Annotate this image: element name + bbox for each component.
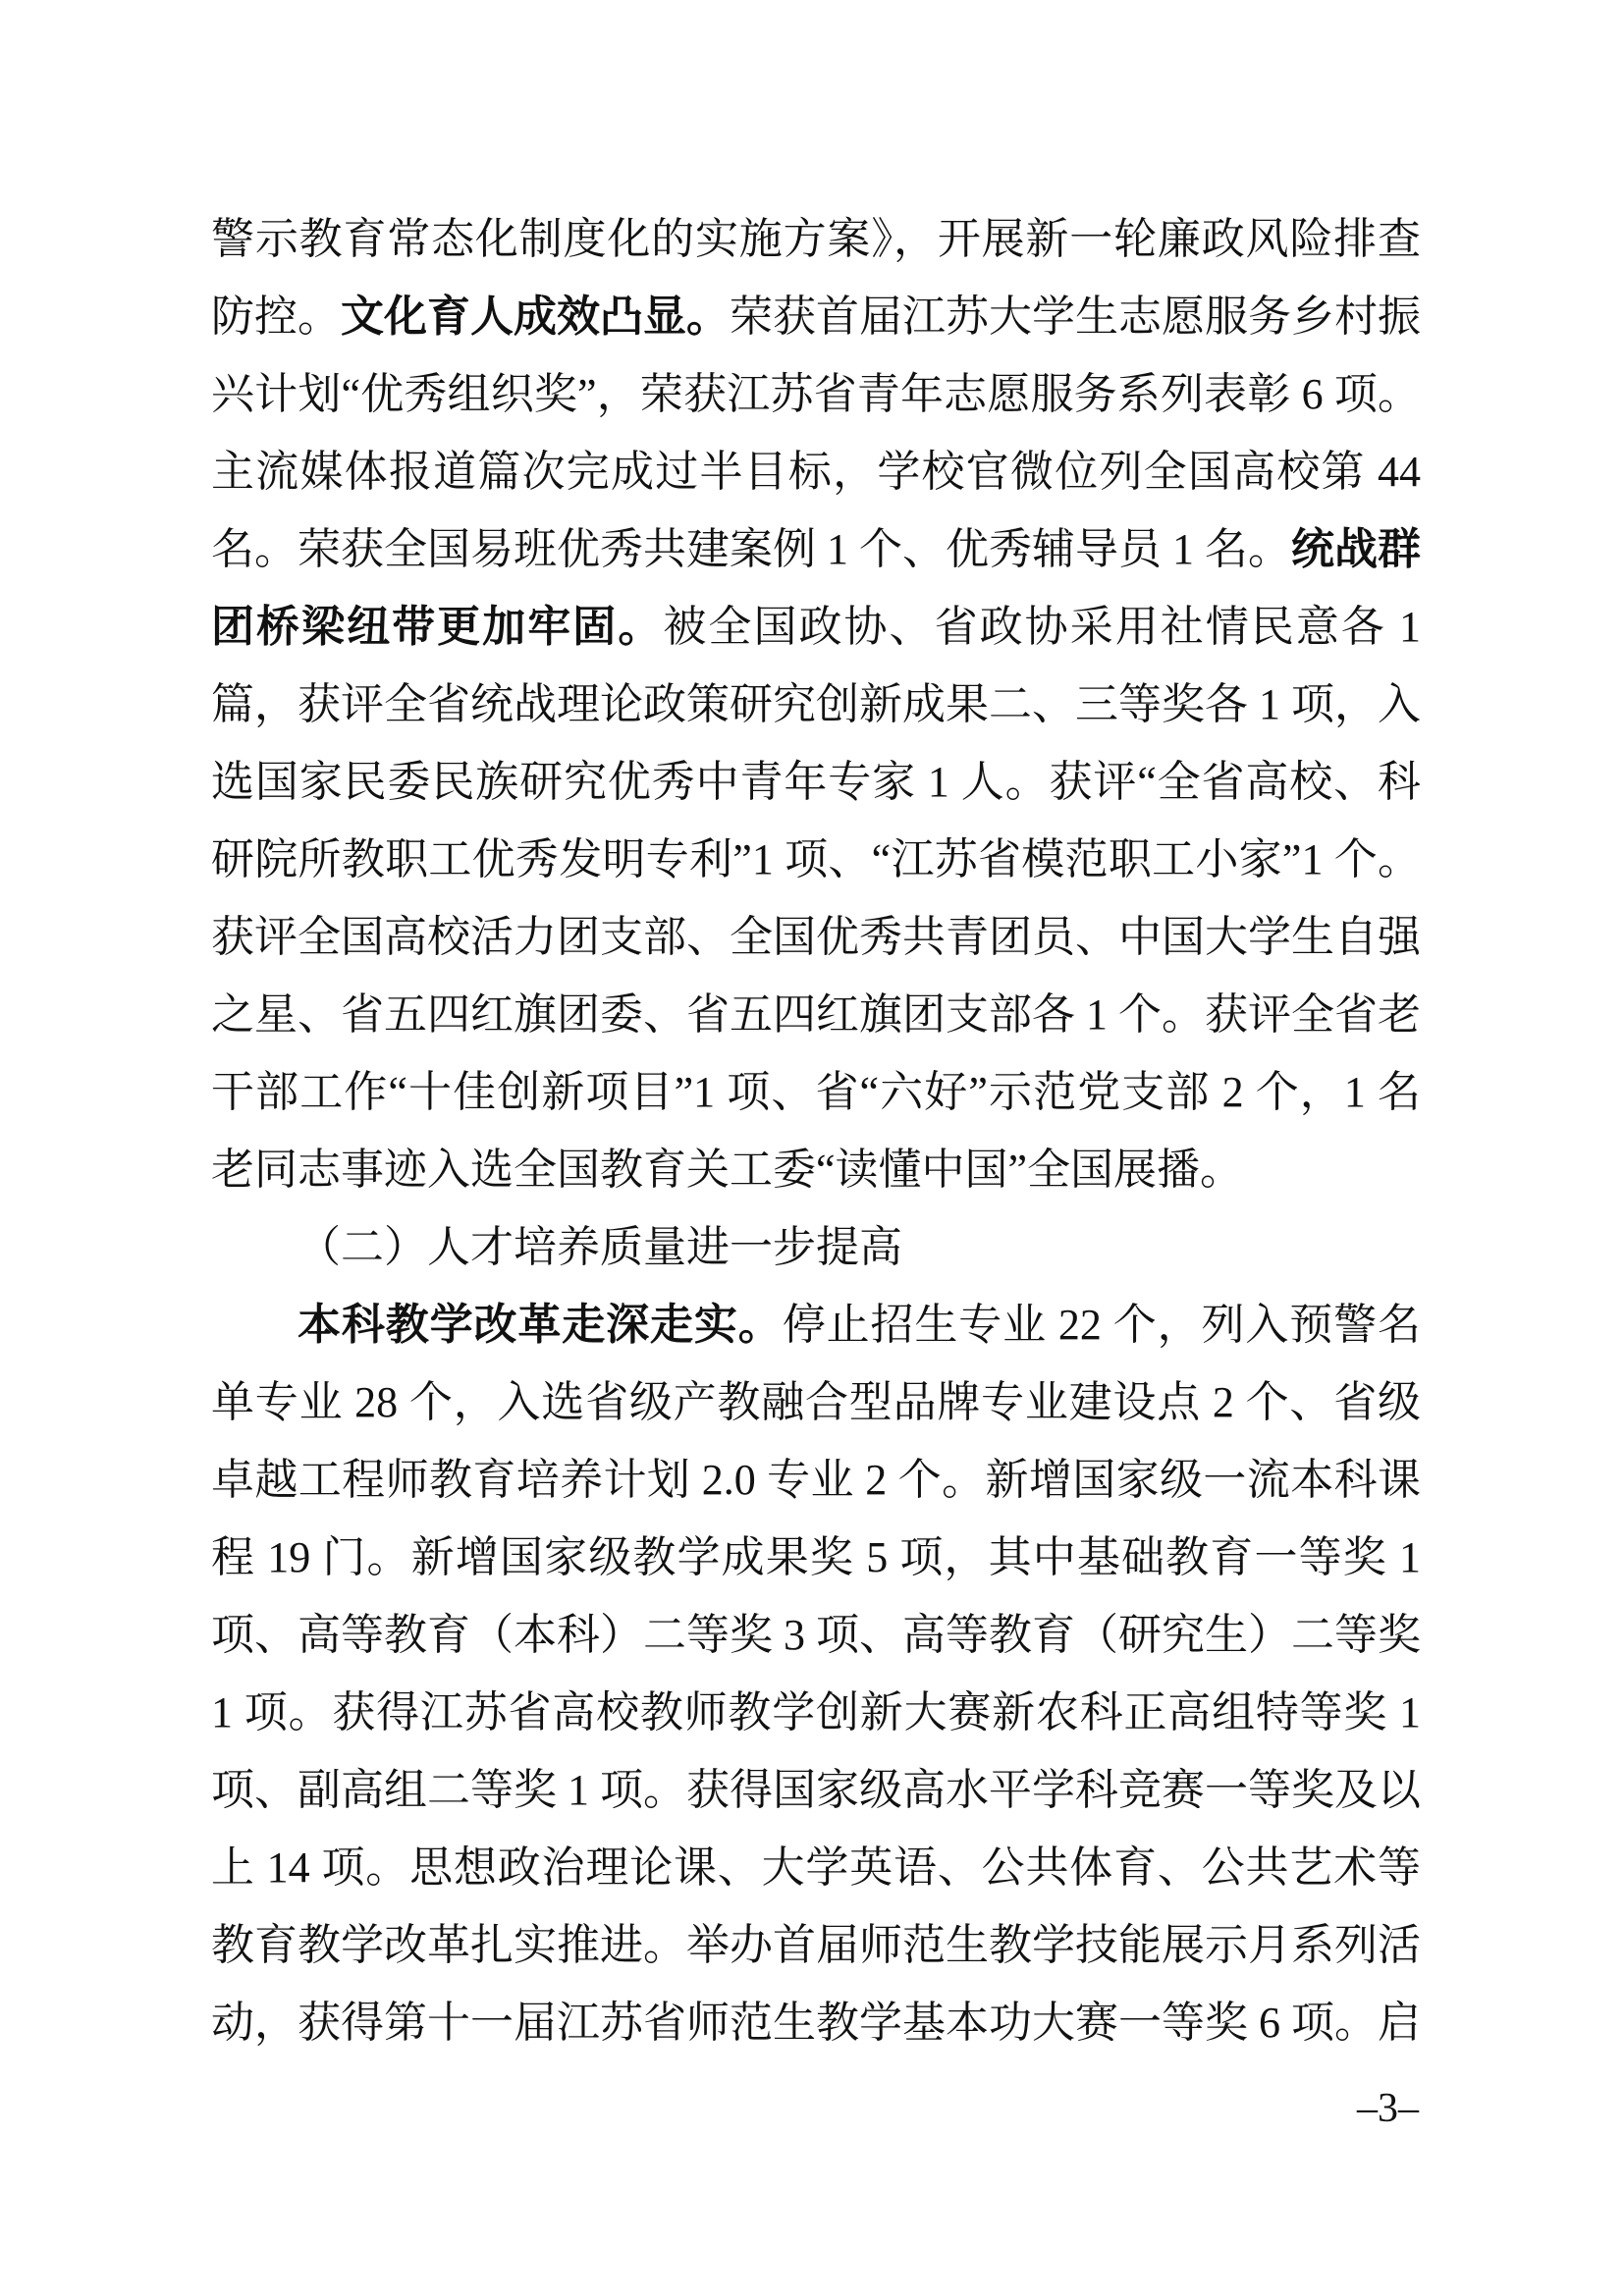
emphasis-run: 文化育人成效凸显。 (341, 293, 730, 341)
emphasis-run: 本科教学改革走深走实。 (298, 1301, 783, 1349)
paragraph: 警示教育常态化制度化的实施方案》，开展新一轮廉政风险排查防控。文化育人成效凸显。… (211, 200, 1421, 1208)
page-number: –3– (1357, 2085, 1419, 2132)
text-run: 停止招生专业 22 个，列入预警名单专业 28 个，入选省级产教融合型品牌专业建… (211, 1301, 1421, 2047)
paragraph: 本科教学改革走深走实。停止招生专业 22 个，列入预警名单专业 28 个，入选省… (211, 1286, 1421, 2061)
document-page: 警示教育常态化制度化的实施方案》，开展新一轮廉政风险排查防控。文化育人成效凸显。… (0, 0, 1624, 2296)
text-run: （二）人才培养质量进一步提高 (298, 1223, 902, 1271)
document-body: 警示教育常态化制度化的实施方案》，开展新一轮廉政风险排查防控。文化育人成效凸显。… (211, 200, 1421, 2061)
section-heading: （二）人才培养质量进一步提高 (211, 1208, 1421, 1286)
text-run: 被全国政协、省政协采用社情民意各 1 篇，获评全省统战理论政策研究创新成果二、三… (211, 603, 1421, 1194)
